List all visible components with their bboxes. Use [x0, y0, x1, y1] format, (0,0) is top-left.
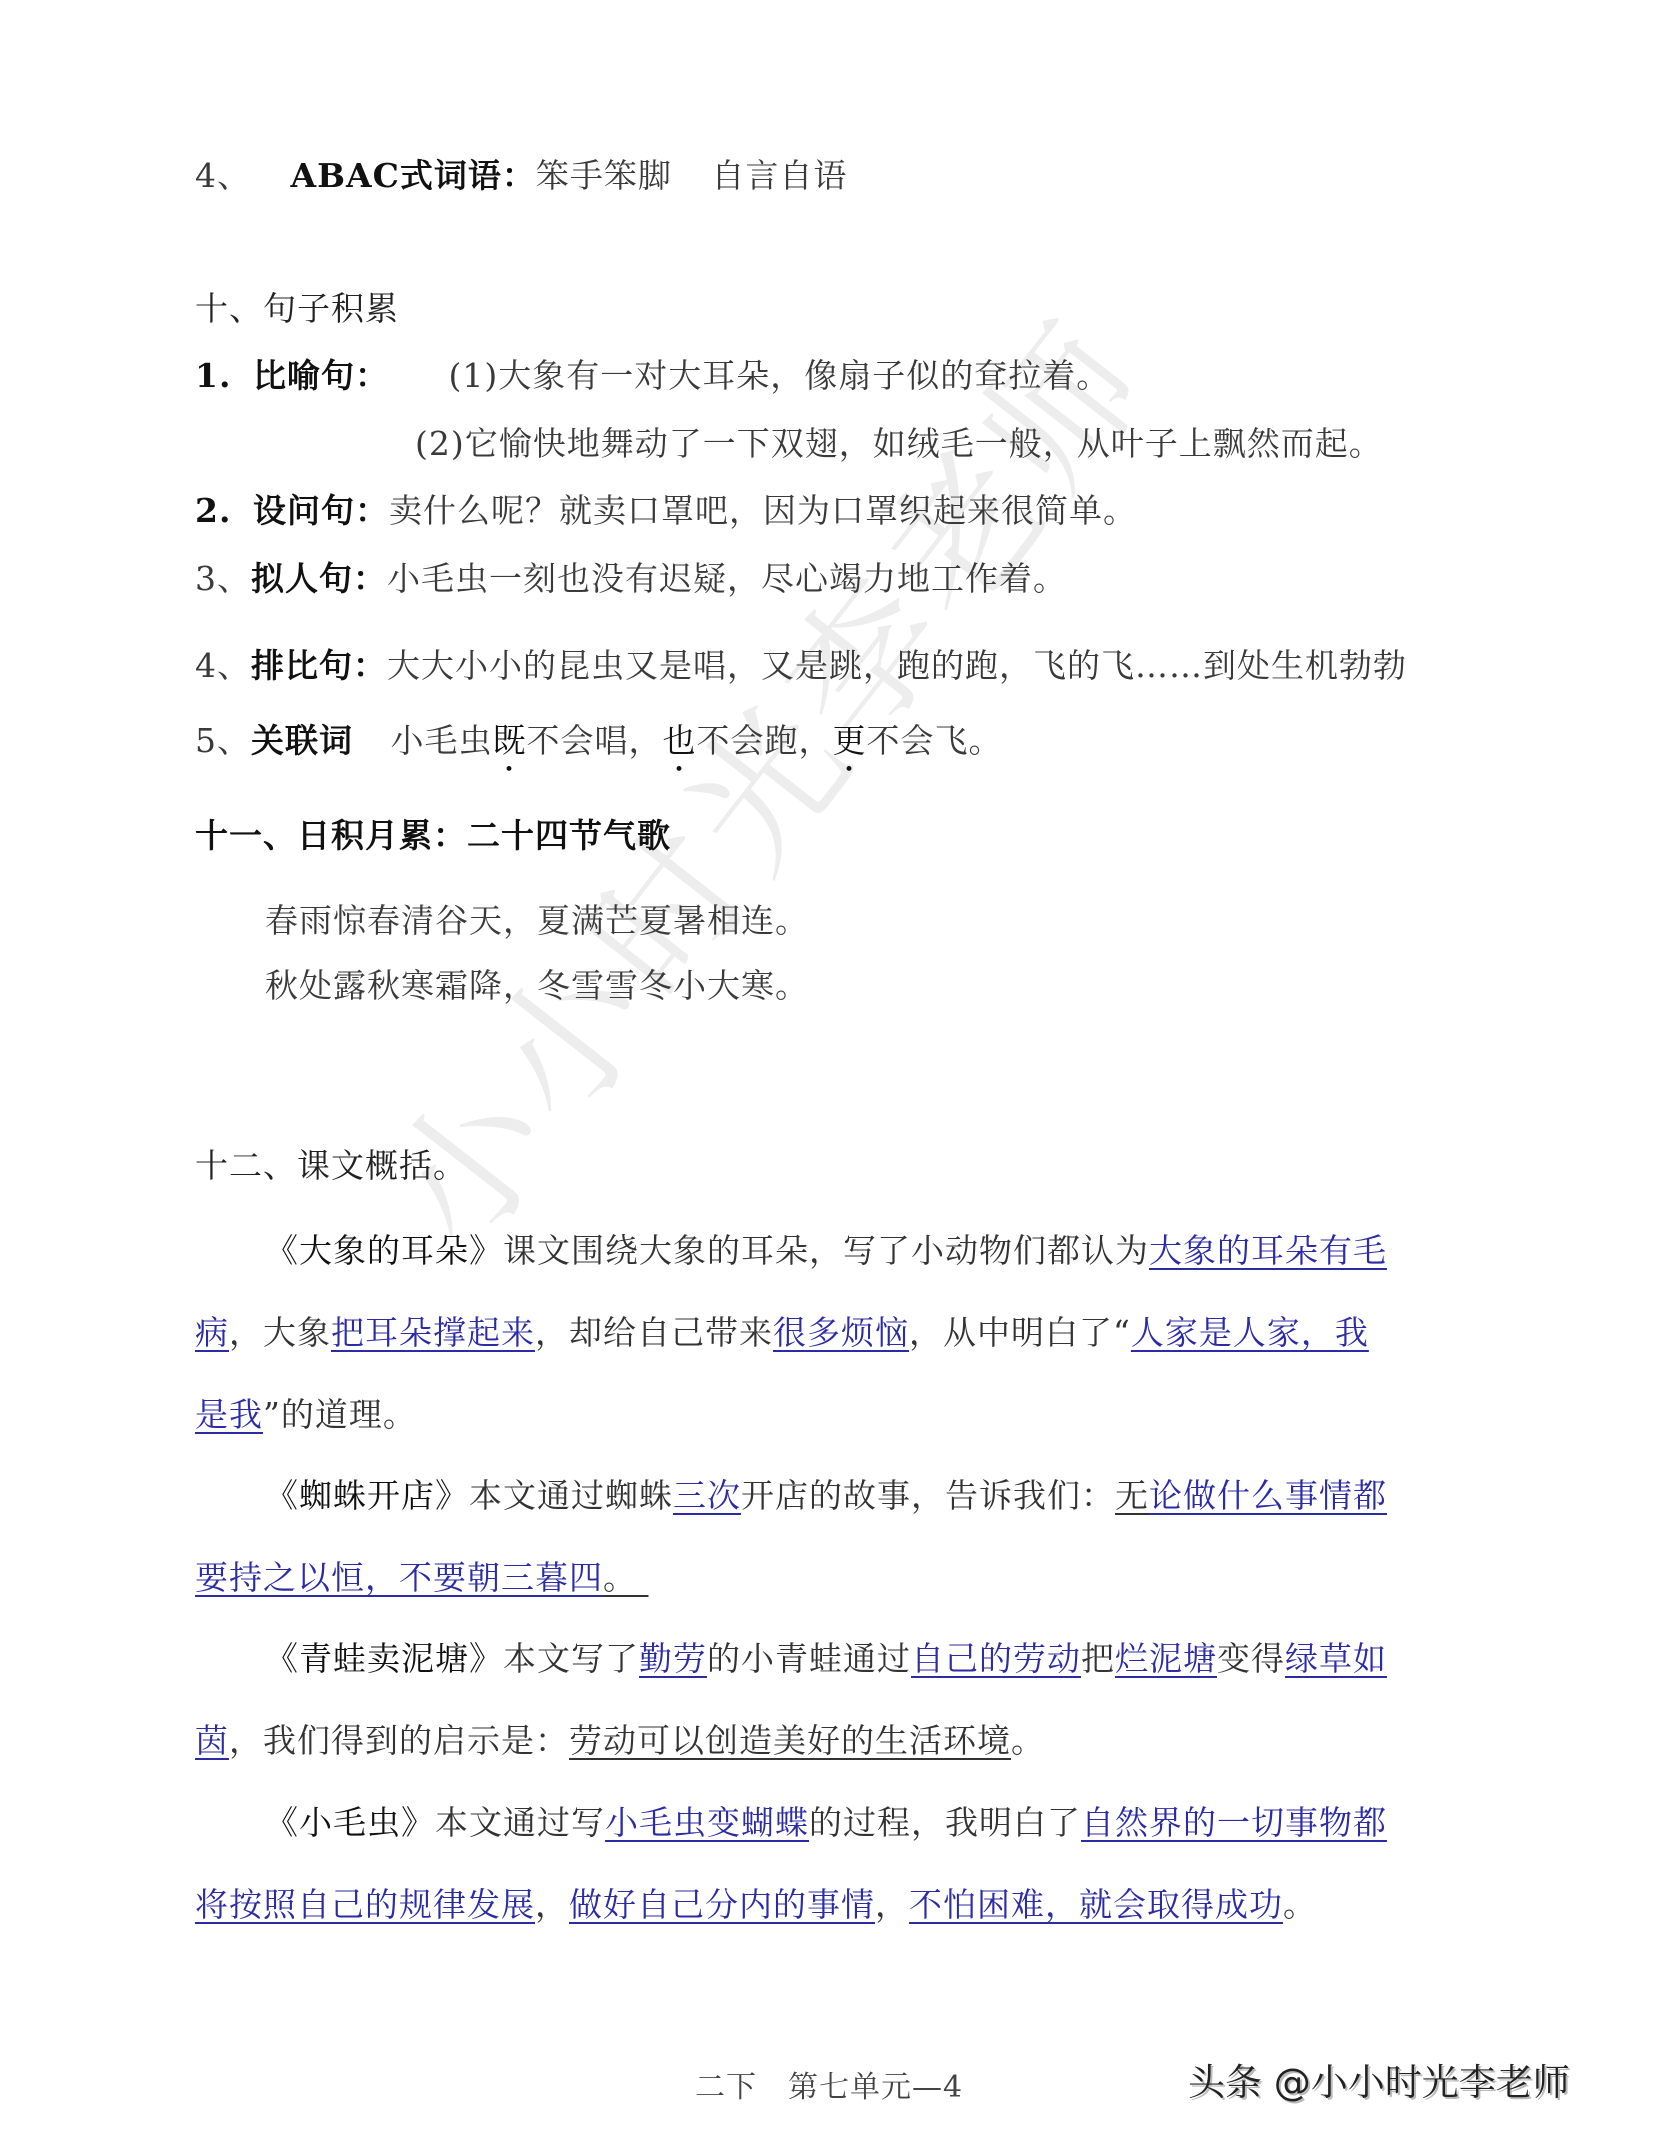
lesson-title: 《小毛虫》	[265, 1803, 435, 1842]
abac-word-2: 自言自语	[711, 156, 847, 195]
summary-text: 把	[1081, 1639, 1115, 1678]
key-phrase: 茵	[195, 1721, 229, 1760]
key-phrase: 小毛虫变蝴蝶	[605, 1803, 809, 1842]
poem-line-1: 春雨惊春清谷天，夏满芒夏暑相连。	[265, 895, 809, 942]
key-phrase: 论做什么事情都	[1149, 1476, 1387, 1515]
summary-text: ，大象	[229, 1313, 331, 1352]
sentence-item-conjunction: 5、关联词 小毛虫既不会唱，也不会跑，更不会飞。	[195, 715, 1003, 780]
key-phrase: 烂泥塘	[1115, 1639, 1217, 1678]
key-phrase: 不怕困难，就会取得成功	[909, 1885, 1283, 1924]
key-phrase: 无	[1115, 1476, 1149, 1515]
sentence-text: 大大小小的昆虫又是唱，又是跳，跑的跑，飞的飞……到处生机勃勃	[387, 646, 1407, 685]
abac-title: ABAC式词语：	[291, 156, 536, 195]
sentence-type: 关联词	[251, 721, 353, 760]
poem-line-2: 秋处露秋寒霜降，冬雪雪冬小大寒。	[265, 960, 809, 1007]
summary-text: 的小青蛙通过	[707, 1639, 911, 1678]
summary-text: 本文通过蜘蛛	[469, 1476, 673, 1515]
emphasis-word: 更	[833, 721, 867, 760]
item-number: 2.	[195, 491, 231, 530]
key-phrase: 劳动可以创造美好的生活环境	[569, 1721, 1011, 1760]
summary-text: ”的道理。	[263, 1395, 417, 1434]
summary-text: ，	[535, 1885, 569, 1924]
summary-text: 。	[603, 1558, 637, 1597]
sentence-item-parallelism: 4、排比句：大大小小的昆虫又是唱，又是跳，跑的跑，飞的飞……到处生机勃勃	[195, 640, 1407, 687]
summary-text: 。	[1283, 1885, 1317, 1924]
summary-text: ，	[875, 1885, 909, 1924]
sentence-item-personification: 3、拟人句：小毛虫一刻也没有迟疑，尽心竭力地工作着。	[195, 553, 1067, 600]
sentence-text: 不会飞。	[867, 721, 1003, 760]
sentence-item-rhetorical: 2. 设问句：卖什么呢？就卖口罩吧，因为口罩织起来很简单。	[195, 485, 1137, 532]
summary-text: ，我们得到的启示是：	[229, 1721, 569, 1760]
summary-frog-pond: 《青蛙卖泥塘》本文写了勤劳的小青蛙通过自己的劳动把烂泥塘变得绿草如茵，我们得到的…	[195, 1618, 1485, 1782]
summary-text: ，从中明白了“	[909, 1313, 1131, 1352]
item-number: 3、	[195, 559, 251, 598]
abac-word-1: 笨手笨脚	[536, 156, 672, 195]
summary-text: ，却给自己带来	[535, 1313, 773, 1352]
item-number: 4、	[195, 156, 251, 195]
item-number: 1.	[195, 356, 231, 395]
key-phrase: 将按照自己的规律发展	[195, 1885, 535, 1924]
key-phrase: 绿草如	[1285, 1639, 1387, 1678]
summary-spider-shop: 《蜘蛛开店》本文通过蜘蛛三次开店的故事，告诉我们：无论做什么事情都要持之以恒，不…	[195, 1455, 1485, 1619]
key-phrase: 勤劳	[639, 1639, 707, 1678]
section-heading-sentences: 十、句子积累	[195, 283, 399, 330]
key-phrase: 人家是人家，我	[1131, 1313, 1369, 1352]
summary-text: 本文通过写	[435, 1803, 605, 1842]
summary-text: 本文写了	[503, 1639, 639, 1678]
brand-watermark: 头条 @小小时光李老师	[1188, 2052, 1570, 2106]
summary-text: 开店的故事，告诉我们：	[741, 1476, 1115, 1515]
sentence-text: 小毛虫	[391, 721, 493, 760]
item-number: 4、	[195, 646, 251, 685]
sentence-type: 设问句：	[253, 491, 389, 530]
page-footer-label: 二下 第七单元—4	[695, 2062, 963, 2106]
summary-text: 。	[1011, 1721, 1045, 1760]
sentence-type: 比喻句：	[253, 356, 389, 395]
key-phrase: 自己的劳动	[911, 1639, 1081, 1678]
sentence-type: 拟人句：	[251, 559, 387, 598]
lesson-title: 《大象的耳朵》	[265, 1231, 503, 1270]
sentence-text: 卖什么呢？就卖口罩吧，因为口罩织起来很简单。	[389, 491, 1137, 530]
key-phrase: 做好自己分内的事情	[569, 1885, 875, 1924]
key-phrase: 病	[195, 1313, 229, 1352]
sentence-text: 小毛虫一刻也没有迟疑，尽心竭力地工作着。	[387, 559, 1067, 598]
key-phrase: 是我	[195, 1395, 263, 1434]
lesson-title: 《蜘蛛开店》	[265, 1476, 469, 1515]
key-phrase: 把耳朵撑起来	[331, 1313, 535, 1352]
sentence-text-2: (2)它愉快地舞动了一下双翅，如绒毛一般，从叶子上飘然而起。	[415, 418, 1383, 465]
sentence-item-metaphor: 1. 比喻句： (1)大象有一对大耳朵，像扇子似的耷拉着。	[195, 350, 1110, 397]
key-phrase: 自然界的一切事物都	[1081, 1803, 1387, 1842]
abac-words-line: 4、 ABAC式词语：笨手笨脚 自言自语	[195, 150, 847, 197]
summary-caterpillar: 《小毛虫》本文通过写小毛虫变蝴蝶的过程，我明白了自然界的一切事物都将按照自己的规…	[195, 1782, 1485, 1946]
section-heading-summary: 十二、课文概括。	[195, 1140, 467, 1187]
lesson-title: 《青蛙卖泥塘》	[265, 1639, 503, 1678]
key-phrase: 很多烦恼	[773, 1313, 909, 1352]
key-phrase: 三次	[673, 1476, 741, 1515]
summary-elephant-ears: 《大象的耳朵》课文围绕大象的耳朵，写了小动物们都认为大象的耳朵有毛病，大象把耳朵…	[195, 1210, 1485, 1456]
summary-text: 课文围绕大象的耳朵，写了小动物们都认为	[503, 1231, 1149, 1270]
sentence-text: 不会跑，	[697, 721, 833, 760]
summary-text: 的过程，我明白了	[809, 1803, 1081, 1842]
sentence-text: 不会唱，	[527, 721, 663, 760]
summary-text: 变得	[1217, 1639, 1285, 1678]
emphasis-word: 也	[663, 721, 697, 760]
emphasis-word: 既	[493, 721, 527, 760]
sentence-text: (1)大象有一对大耳朵，像扇子似的耷拉着。	[448, 356, 1110, 395]
key-phrase: 大象的耳朵有毛	[1149, 1231, 1387, 1270]
key-phrase: 要持之以恒，不要朝三暮四	[195, 1558, 603, 1597]
sentence-type: 排比句：	[251, 646, 387, 685]
item-number: 5、	[195, 721, 251, 760]
section-heading-accumulation: 十一、日积月累：二十四节气歌	[195, 810, 671, 857]
